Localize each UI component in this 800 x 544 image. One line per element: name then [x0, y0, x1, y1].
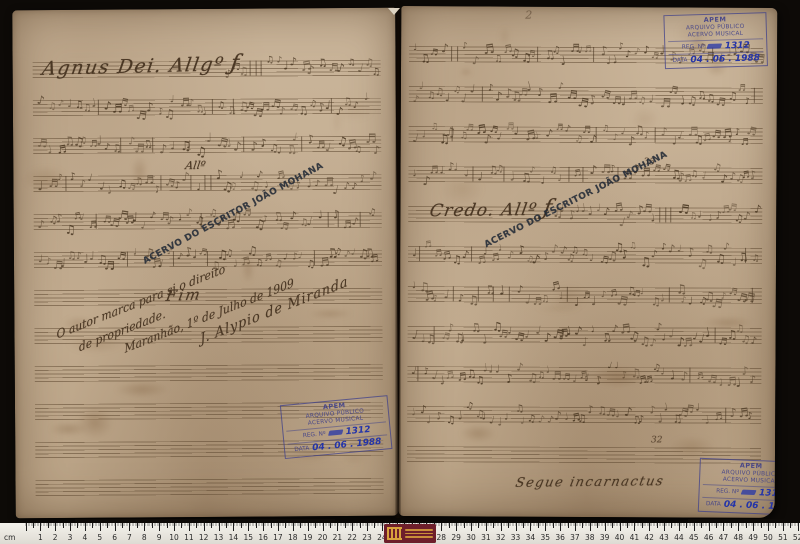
music-note: ♩ — [590, 295, 597, 308]
music-note: ♫ — [690, 171, 698, 180]
ruler-tick — [233, 523, 234, 531]
music-note: ♫ — [317, 57, 329, 70]
music-note: ♩ — [277, 146, 282, 156]
barline — [206, 251, 207, 266]
building-icon — [387, 527, 402, 540]
barline — [261, 61, 262, 76]
music-note: ♪ — [602, 206, 610, 217]
barline — [452, 126, 453, 141]
ruler-tick — [293, 523, 294, 531]
music-note: ♩ — [581, 336, 587, 348]
music-note: ♪ — [741, 366, 749, 378]
music-note: ♫ — [704, 243, 714, 254]
music-note: ♪ — [661, 126, 668, 137]
music-note: ♬ — [612, 202, 624, 215]
music-note: ♫ — [266, 56, 274, 65]
ruler-tick — [456, 523, 457, 531]
music-note: ♩ — [717, 377, 724, 388]
music-note: ♪ — [289, 210, 297, 222]
ruler-number: 12 — [199, 533, 209, 542]
barline — [669, 287, 670, 302]
music-note: ♫ — [476, 375, 486, 386]
ruler-number: 28 — [437, 533, 447, 542]
stain — [458, 69, 472, 77]
ruler-number: 40 — [615, 533, 625, 542]
ruler-tick — [545, 523, 546, 531]
stain — [458, 423, 499, 443]
ruler-tick — [248, 523, 249, 531]
ruler-number: 23 — [362, 533, 372, 542]
music-note: ♩ — [697, 211, 702, 220]
ruler-tick — [709, 523, 710, 531]
ruler-tick — [308, 523, 309, 531]
music-note: ♩ — [38, 254, 43, 264]
music-note: ♩ — [283, 60, 289, 72]
ruler-tick — [441, 523, 442, 531]
music-note: ♩ — [577, 47, 582, 56]
ruler-tick — [620, 523, 621, 531]
music-note: ♪ — [686, 246, 696, 260]
stain — [532, 303, 585, 314]
music-note: ♪ — [528, 166, 535, 175]
ruler-number: 42 — [644, 533, 654, 542]
stamp-reg-value: 1312 — [759, 488, 778, 499]
barline — [190, 175, 191, 190]
ruler-tick — [582, 523, 583, 528]
stain — [306, 308, 356, 319]
barline — [478, 286, 479, 301]
ruler-number: 51 — [778, 533, 788, 542]
barline — [537, 47, 538, 62]
music-note: ♪ — [558, 82, 565, 92]
stain — [444, 413, 489, 422]
music-note: ♪ — [471, 55, 480, 67]
music-note: ♩ — [60, 257, 66, 269]
music-note: ♫ — [226, 105, 238, 118]
ruler-tick — [211, 523, 212, 528]
music-note: ♩ — [82, 253, 88, 265]
ruler-tick — [181, 523, 182, 528]
ruler-tick — [107, 523, 108, 528]
right-page: ♩♫♬♪♪♪♬♫♬♫♫♬♫♫♩♬♩♬♪♩♩♪♪♪♪♬♩♪♩♬♫♬♩♩♪♬♬♬♪♩… — [399, 6, 778, 518]
ruler-number: 2 — [53, 533, 58, 542]
barline — [433, 326, 434, 341]
music-note: ♩ — [191, 249, 197, 261]
ruler-tick — [686, 523, 687, 528]
barline — [493, 287, 494, 302]
ruler-tick — [189, 523, 190, 531]
ruler-tick — [627, 523, 628, 528]
music-note: ♪ — [517, 244, 527, 257]
music-note: ♫ — [509, 46, 521, 59]
music-note: ♪ — [232, 141, 242, 155]
ruler-tick — [530, 523, 531, 531]
left-page-title: Agnus Dei. Allgºƒ — [40, 51, 242, 81]
ruler-tick — [523, 523, 524, 528]
ruler-tick — [590, 523, 591, 531]
music-note: ♪ — [722, 243, 730, 254]
music-note: ♫ — [163, 108, 175, 121]
music-note: ♪ — [506, 250, 514, 262]
barline — [419, 246, 420, 261]
music-note: ♫ — [577, 414, 587, 425]
ruler-number: 35 — [540, 533, 550, 542]
ruler-tick — [226, 523, 227, 528]
music-note: ♩ — [507, 326, 512, 336]
ruler-tick — [63, 523, 64, 528]
music-note: ♪ — [721, 293, 727, 302]
music-note: ♫ — [79, 137, 88, 146]
music-note: ♬ — [740, 137, 749, 146]
ruler-tick — [538, 523, 539, 528]
music-note: ♩ — [661, 368, 666, 377]
stain — [130, 154, 149, 187]
ruler-number: 36 — [555, 533, 565, 542]
barline — [161, 175, 162, 190]
music-note: ♪ — [180, 171, 190, 185]
ruler-tick — [516, 523, 517, 531]
barline — [204, 175, 205, 190]
ruler-tick — [26, 523, 27, 531]
music-note: ♩ — [96, 135, 102, 148]
ruler-number: 9 — [157, 533, 162, 542]
music-note: ♬ — [584, 45, 593, 55]
music-note: ♬ — [556, 124, 564, 133]
left-title-text: Agnus Dei. Allgº — [41, 53, 227, 79]
music-note: ♫ — [752, 255, 760, 264]
ruler-tick — [315, 523, 316, 528]
music-note: ♬ — [713, 412, 724, 423]
music-note: ♬ — [599, 89, 611, 102]
barline — [243, 137, 244, 152]
music-note: ♩ — [421, 130, 426, 140]
music-note: ♬ — [660, 97, 672, 110]
music-note: ♪ — [648, 405, 656, 416]
ruler-tick — [33, 523, 34, 528]
music-note: ♪ — [279, 107, 286, 117]
barline — [233, 99, 234, 114]
left-page: ♪♬♫♫♪♩♪♬♪♫♬♪♫♩♫♫♪♫♪♩♫♫♩♪♬♬♬♬♪♪♫♩♬♪♫♩♫♫♫♬… — [12, 8, 399, 519]
ruler-tick — [219, 523, 220, 531]
music-note: ♩ — [688, 297, 693, 308]
stamp-reg-value: 1312 — [725, 40, 750, 51]
ruler-tick — [449, 523, 450, 528]
ruler-tick — [790, 523, 791, 528]
music-note: ♩ — [509, 171, 515, 183]
ruler-number: 21 — [333, 533, 343, 542]
ruler-tick — [382, 523, 383, 531]
ruler-number: 34 — [526, 533, 536, 542]
music-note: ♩ — [88, 249, 94, 261]
barline — [503, 167, 504, 182]
barline — [725, 408, 726, 423]
barline — [714, 328, 715, 343]
ruler-tick — [486, 523, 487, 531]
music-note: ♫ — [444, 126, 457, 140]
ruler-unit-label: cm — [4, 533, 15, 542]
barline — [338, 212, 339, 227]
ruler-number: 5 — [97, 533, 102, 542]
music-note: ♪ — [638, 415, 645, 425]
barline — [754, 88, 755, 103]
music-note: ♫ — [239, 66, 249, 77]
stamp-date-value: 04 . 06 . 1988 — [724, 499, 778, 512]
barline — [452, 286, 453, 301]
music-note: ♪ — [543, 332, 551, 345]
music-note: ♫ — [602, 125, 610, 134]
music-note: ♩ — [732, 256, 738, 268]
ruler-tick — [241, 523, 242, 528]
music-note: ♬ — [278, 221, 289, 233]
music-note: ♩ — [186, 140, 191, 151]
music-note: ♬ — [707, 374, 719, 386]
music-note: ♩ — [489, 365, 494, 376]
music-note: ♪ — [458, 294, 465, 304]
barline — [509, 287, 510, 302]
barline — [152, 137, 153, 152]
music-note: ♩ — [110, 260, 116, 272]
music-note: ♫ — [629, 242, 637, 251]
music-note: ♫ — [47, 102, 56, 112]
ruler-number: 49 — [748, 533, 758, 542]
music-note: ♩ — [413, 44, 418, 53]
ruler-tick — [55, 523, 56, 531]
music-note: ♪ — [412, 95, 420, 106]
ruler-tick — [337, 523, 338, 531]
music-note: ♪ — [729, 407, 738, 420]
music-note: ♫ — [515, 405, 524, 415]
ruler-tick — [263, 523, 264, 531]
logo-text-lines — [405, 529, 433, 538]
ruler-tick — [501, 523, 502, 531]
ruler-tick — [671, 523, 672, 528]
archive-stamp: APEM ARQUIVO PÚBLICO ACERVO MUSICAL REG.… — [280, 395, 393, 458]
ruler-tick — [77, 523, 78, 528]
ruler-tick — [129, 523, 130, 531]
barline — [471, 246, 472, 261]
music-note: ♬ — [650, 52, 659, 62]
barline — [582, 167, 583, 182]
ruler-tick — [575, 523, 576, 531]
crossed-out-number — [328, 429, 343, 435]
music-note: ♫ — [434, 87, 444, 98]
music-note: ♪ — [742, 211, 751, 223]
archive-stamp: APEM ARQUIVO PÚBLICO ACERVO MUSICAL REG.… — [663, 12, 768, 69]
ruler-number: 37 — [570, 533, 580, 542]
stamp-reg-label: REG. Nº — [682, 44, 705, 51]
ruler-tick — [775, 523, 776, 528]
page-gap — [395, 8, 401, 518]
ruler-number: 4 — [83, 533, 88, 542]
music-note: ♪ — [613, 134, 619, 143]
ruler-tick — [330, 523, 331, 528]
music-note: ♩ — [332, 183, 340, 197]
music-note: ♪ — [487, 85, 494, 95]
ruler-number: 1 — [38, 533, 43, 542]
music-note: ♩ — [495, 365, 500, 376]
music-note: ♫ — [117, 178, 127, 189]
ruler-tick — [137, 523, 138, 528]
ruler-tick — [40, 523, 41, 531]
music-note: ♪ — [667, 243, 675, 255]
barline — [328, 212, 329, 227]
ruler-tick — [597, 523, 598, 528]
ruler-number: 31 — [481, 533, 491, 542]
ruler-tick — [783, 523, 784, 531]
barline — [302, 136, 303, 151]
ruler-number: 33 — [511, 533, 521, 542]
music-note: ♪ — [276, 56, 282, 65]
tempo-annotation: Allº — [184, 159, 206, 172]
stain — [112, 380, 173, 399]
music-note: ♩ — [661, 333, 666, 343]
music-note: ♫ — [285, 144, 298, 158]
stamp-date-row: DATA 04 . 06 . 1988 — [669, 51, 764, 66]
ruler-tick — [478, 523, 479, 528]
manuscript-photo: ♪♬♫♫♪♩♪♬♪♫♬♪♫♩♫♫♪♫♪♩♫♫♩♪♬♬♬♬♪♪♫♩♬♪♫♩♫♫♫♬… — [0, 0, 800, 544]
stain — [628, 105, 661, 134]
music-note: ♪ — [680, 370, 688, 383]
music-note: ♩ — [586, 205, 593, 218]
music-note: ♪ — [369, 169, 378, 182]
ruler-number: 48 — [734, 533, 744, 542]
barline — [593, 47, 594, 62]
music-note: ♩ — [640, 288, 644, 297]
page-notch — [388, 8, 400, 15]
music-note: ♬ — [546, 93, 558, 107]
stamp-date-label: DATA — [294, 445, 309, 452]
stamp-reg-label: REG. Nº — [303, 431, 326, 439]
music-note: ♫ — [715, 252, 727, 265]
ruler-number: 10 — [169, 533, 179, 542]
music-note: ♪ — [537, 414, 545, 425]
music-note: ♪ — [462, 42, 468, 51]
ruler-tick — [300, 523, 301, 528]
left-staves: ♪♬♫♫♪♩♪♬♪♫♬♪♫♩♫♫♪♫♪♩♫♫♩♪♬♬♬♬♪♪♫♩♬♪♫♩♫♫♫♬… — [12, 8, 395, 11]
ruler-tick — [352, 523, 353, 531]
music-note: ♫ — [452, 85, 462, 95]
ruler-number: 17 — [273, 533, 283, 542]
music-note: ♪ — [650, 249, 658, 260]
music-note: ♪ — [79, 180, 86, 190]
ruler-number: 8 — [142, 533, 147, 542]
ruler-tick — [508, 523, 509, 528]
music-note: ♪ — [643, 46, 650, 57]
music-note: ♪ — [146, 101, 155, 114]
ruler-number: 43 — [659, 533, 669, 542]
music-note: ♬ — [260, 102, 271, 114]
music-note: ♬ — [567, 89, 579, 102]
ruler-tick — [122, 523, 123, 528]
barline — [670, 207, 671, 222]
ruler-number: 52 — [793, 533, 800, 542]
music-note: ♪ — [314, 180, 320, 189]
barline — [481, 86, 482, 101]
music-note: ♬ — [572, 169, 582, 179]
ruler-tick — [70, 523, 71, 531]
ruler-tick — [798, 523, 799, 531]
music-note: ♪ — [749, 375, 756, 386]
ruler-tick — [360, 523, 361, 528]
music-note: ♫ — [581, 249, 589, 258]
ruler-number: 13 — [214, 533, 224, 542]
music-note: ♩ — [504, 414, 508, 423]
ruler-tick — [701, 523, 702, 528]
ruler-tick — [144, 523, 145, 531]
stamp-date-row: DATA 04 . 06 . 1988 — [702, 496, 777, 512]
right-staves: ♩♫♬♪♪♪♬♫♬♫♫♬♫♫♩♬♩♬♪♩♩♪♪♪♪♬♩♪♩♬♫♬♩♩♪♬♬♬♪♩… — [401, 6, 777, 8]
music-note: ♪ — [75, 252, 82, 262]
music-note: ♩ — [606, 56, 612, 67]
music-note: ♫ — [354, 145, 362, 154]
barline — [250, 61, 251, 76]
music-note: ♩ — [498, 285, 506, 299]
ruler-tick — [278, 523, 279, 531]
music-note: ♫ — [526, 414, 536, 425]
archive-stamp: APEM ARQUIVO PÚBLICO ACERVO MUSICAL REG.… — [698, 458, 778, 516]
ruler-tick — [115, 523, 116, 531]
ruler-tick — [464, 523, 465, 528]
music-note: ♪ — [516, 286, 523, 297]
ruler-tick — [649, 523, 650, 531]
music-note: ♩ — [140, 221, 147, 232]
barline — [256, 61, 257, 76]
ruler-tick — [746, 523, 747, 528]
ruler-number: 44 — [674, 533, 684, 542]
music-note: ♩ — [170, 95, 175, 105]
music-note: ♪ — [649, 337, 657, 349]
music-note: ♪ — [306, 64, 315, 77]
stamp-reg-label: REG. Nº — [716, 488, 739, 495]
music-note: ♩ — [317, 210, 323, 221]
ruler-tick — [657, 523, 658, 528]
music-note: ♩ — [439, 166, 444, 176]
music-note: ♪ — [550, 244, 559, 257]
music-note: ♩ — [206, 133, 212, 146]
ruler-tick — [768, 523, 769, 531]
ruler-tick — [159, 523, 160, 531]
barline — [457, 46, 458, 61]
stain — [339, 451, 370, 465]
stamp-date-label: DATA — [672, 57, 687, 63]
ruler-tick — [256, 523, 257, 528]
barline — [665, 207, 666, 222]
music-note: ♬ — [466, 125, 475, 135]
music-note: ♩ — [196, 183, 201, 193]
music-note: ♬ — [490, 253, 500, 264]
barline — [752, 288, 753, 303]
music-note: ♪ — [536, 87, 544, 99]
music-note: ♩ — [66, 97, 72, 108]
ruler-tick — [553, 523, 554, 528]
music-note: ♩ — [132, 213, 138, 226]
ruler-number: 6 — [112, 533, 117, 542]
ruler-tick — [285, 523, 286, 528]
barline — [210, 175, 211, 190]
ruler-number: 50 — [763, 533, 773, 542]
music-note: ♪ — [661, 243, 667, 252]
music-note: ♬ — [742, 291, 756, 306]
music-note: ♩ — [676, 245, 681, 255]
music-note: ♩ — [596, 204, 601, 214]
ruler-tick — [605, 523, 606, 531]
music-note: ♩ — [426, 416, 431, 427]
ruler-number: 32 — [496, 533, 506, 542]
music-note: ♫ — [737, 251, 749, 264]
barline — [745, 248, 746, 263]
music-note: ♪ — [167, 215, 175, 227]
barline — [127, 252, 128, 267]
